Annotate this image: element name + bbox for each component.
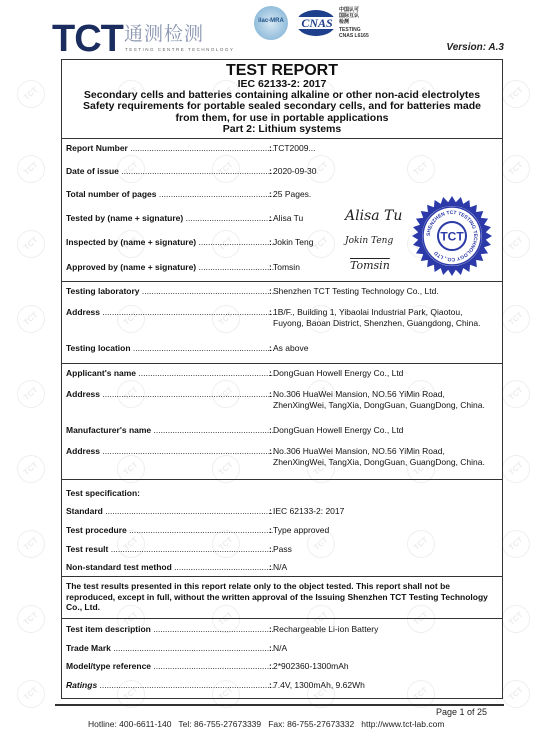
field-label: Ratings — [66, 680, 97, 690]
field-value: 1B/F., Building 1, Yibaolai Industrial P… — [273, 307, 493, 328]
field-label: Testing laboratory — [66, 286, 140, 296]
report-subtitle-2: Safety requirements for portable sealed … — [62, 101, 502, 112]
footer-divider — [55, 704, 504, 706]
tct-logo-subtitle: TESTING CENTRE TECHNOLOGY — [125, 47, 234, 52]
report-subtitle-4: Part 2: Lithium systems — [62, 124, 502, 135]
field-value: 2020-09-30 — [273, 166, 493, 177]
divider — [62, 363, 502, 364]
title-block: TEST REPORT IEC 62133-2: 2017 Secondary … — [62, 62, 502, 135]
field-value: DongGuan Howell Energy Co., Ltd — [273, 368, 493, 379]
report-notice: The test results presented in this repor… — [66, 581, 498, 613]
field-value: IEC 62133-2: 2017 — [273, 506, 493, 517]
page-number: Page 1 of 25 — [436, 707, 487, 717]
field-value: 7.4V, 1300mAh, 9.62Wh — [273, 680, 493, 691]
test-spec-heading: Test specification: — [66, 488, 140, 498]
tct-watermark-icon: TCT — [11, 524, 50, 563]
field-label: Test item description — [66, 624, 151, 634]
cnas-chinese-text: 中国认可 国际互认 检测 — [339, 7, 359, 25]
report-title: TEST REPORT — [62, 62, 502, 79]
tct-seal-icon: SHENZHEN TCT TESTING TECHNOLOGY CO., LTD… — [412, 196, 492, 276]
field-value: TCT2009... — [273, 143, 493, 154]
divider — [62, 138, 502, 139]
field-label: Model/type reference — [66, 661, 151, 671]
tct-watermark-icon: TCT — [11, 599, 50, 638]
cnas-logo-icon: CNAS — [296, 10, 336, 36]
signature-inspected: Jokin Teng — [345, 236, 393, 246]
tct-watermark-icon: TCT — [11, 449, 50, 488]
tct-watermark-icon: TCT — [11, 224, 50, 263]
field-label: Test procedure — [66, 525, 127, 535]
field-value: N/A — [273, 562, 493, 573]
field-label: Trade Mark — [66, 643, 111, 653]
divider — [62, 618, 502, 619]
svg-text:TCT: TCT — [440, 230, 464, 244]
ilac-mra-logo-icon: ilac-MRA — [254, 6, 288, 40]
field-label: Non-standard test method — [66, 562, 172, 572]
field-label: Tested by (name + signature) — [66, 213, 183, 223]
field-value: Type approved — [273, 525, 493, 536]
field-label: Standard — [66, 506, 103, 516]
signature-approved: Tomsin — [350, 259, 390, 272]
footer-contact: Hotline: 400-6611-140 Tel: 86-755-276733… — [88, 719, 444, 729]
field-label: Applicant's name — [66, 368, 136, 378]
tct-logo-chinese: 通测检测 — [124, 25, 204, 45]
field-label: Address — [66, 307, 100, 317]
cnas-code: TESTING CNAS L6165 — [339, 27, 369, 39]
tct-watermark-icon: TCT — [11, 299, 50, 338]
field-label: Report Number — [66, 143, 128, 153]
field-value: No.306 HuaWei Mansion, NO.56 YiMin Road,… — [273, 389, 493, 410]
tct-watermark-icon: TCT — [11, 149, 50, 188]
field-value: Shenzhen TCT Testing Technology Co., Ltd… — [273, 286, 493, 297]
version-label: Version: A.3 — [446, 42, 504, 53]
page-header: TCT 通测检测 TESTING CENTRE TECHNOLOGY ilac-… — [0, 0, 550, 60]
field-label: Date of issue — [66, 166, 119, 176]
tct-logo: TCT — [52, 20, 123, 58]
field-label: Address — [66, 389, 100, 399]
tct-watermark-icon: TCT — [11, 74, 50, 113]
field-value: N/A — [273, 643, 493, 654]
field-label: Testing location — [66, 343, 131, 353]
divider — [62, 479, 502, 480]
field-value: 2*902360-1300mAh — [273, 661, 493, 672]
field-value: DongGuan Howell Energy Co., Ltd — [273, 425, 493, 436]
field-label: Test result — [66, 544, 108, 554]
field-label: Address — [66, 446, 100, 456]
field-value: As above — [273, 343, 493, 354]
divider — [62, 281, 502, 282]
tct-watermark-icon: TCT — [11, 374, 50, 413]
field-label: Approved by (name + signature) — [66, 262, 196, 272]
field-label: Total number of pages — [66, 189, 157, 199]
field-value: No.306 HuaWei Mansion, NO.56 YiMin Road,… — [273, 446, 493, 467]
tct-watermark-icon: TCT — [11, 674, 50, 713]
field-label: Manufacturer's name — [66, 425, 151, 435]
field-value: Rechargeable Li-ion Battery — [273, 624, 493, 635]
field-value: Pass — [273, 544, 493, 555]
signature-tested: Alisa Tu — [345, 208, 402, 224]
divider — [62, 576, 502, 577]
field-label: Inspected by (name + signature) — [66, 237, 196, 247]
